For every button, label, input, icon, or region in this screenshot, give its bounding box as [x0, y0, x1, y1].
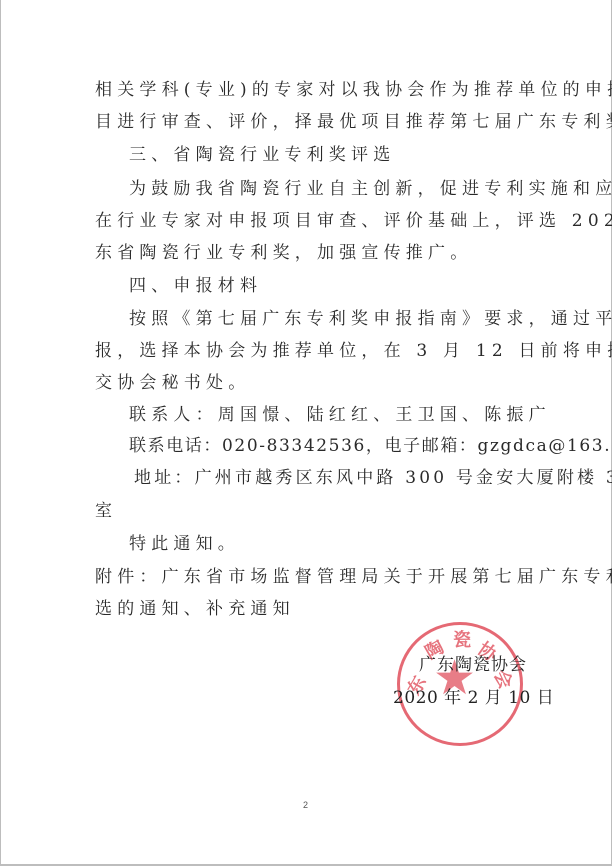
body-text-line: 相关学科(专业)的专家对以我协会作为推荐单位的申报项: [95, 79, 612, 101]
contact-phone-email: 联系电话：020-83342536，电子邮箱：gzgdca@163.com: [129, 435, 612, 457]
body-text-line: 为鼓励我省陶瓷行业自主创新，促进专利实施和应用，: [129, 178, 612, 200]
body-text-line: 报，选择本协会为推荐单位，在 3 月 12 日前将申报材料提: [95, 340, 612, 362]
contact-address: 地址：广州市越秀区东风中路 300 号金安大厦附楼 3703: [134, 467, 612, 489]
section-heading-4: 四、申报材料: [129, 275, 262, 297]
page-number: 2: [303, 800, 308, 810]
body-text-line: 按照《第七届广东专利奖申报指南》要求，通过平台申: [129, 308, 612, 330]
body-text-line: 东省陶瓷行业专利奖，加强宣传推广。: [95, 242, 472, 264]
body-text-line: 室: [95, 500, 117, 522]
signature-date: 2020 年 2 月 10 日: [393, 687, 554, 709]
contact-persons: 联系人：周国憬、陆红红、王卫国、陈振广: [129, 404, 551, 426]
body-text-line: 目进行审查、评价，择最优项目推荐第七届广东专利奖。: [95, 111, 612, 133]
attachment-line: 附件：广东省市场监督管理局关于开展第七届广东专利奖评: [95, 566, 612, 588]
signature-organization: 广东陶瓷协会: [419, 654, 527, 676]
document-page: 相关学科(专业)的专家对以我协会作为推荐单位的申报项 目进行审查、评价，择最优项…: [0, 0, 612, 866]
attachment-line: 选的通知、补充通知: [95, 598, 295, 620]
seal-char: 瓷: [453, 626, 471, 652]
closing-text: 特此通知。: [129, 533, 240, 555]
section-heading-3: 三、省陶瓷行业专利奖评选: [129, 144, 395, 166]
body-text-line: 在行业专家对申报项目审查、评价基础上，评选 2020 年广: [95, 210, 612, 232]
body-text-line: 交协会秘书处。: [95, 372, 250, 394]
